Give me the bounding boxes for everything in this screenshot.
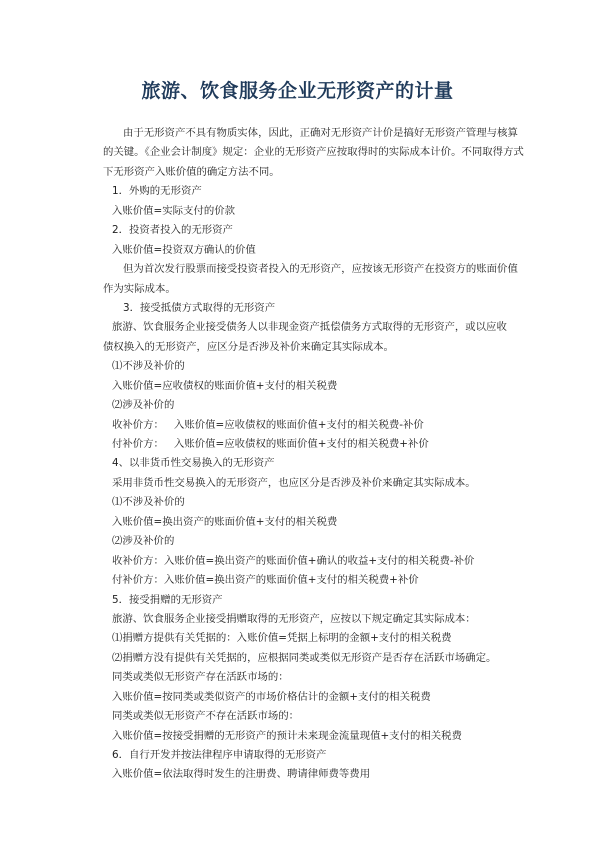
line-text: 入账价值=应收债权的账面价值+支付的相关税费-补价 bbox=[174, 419, 424, 431]
text-line: 6．自行开发并按法律程序申请取得的无形资产 bbox=[103, 746, 495, 765]
text-line: 同类或类似无形资产不存在活跃市场的： bbox=[103, 707, 495, 726]
text-line: 付补价方：入账价值=换出资产的账面价值+支付的相关税费+补价 bbox=[103, 571, 495, 590]
text-line: ⑵涉及补价的 bbox=[103, 396, 495, 415]
text-line: 2．投资者投入的无形资产 bbox=[103, 221, 495, 240]
text-line: 收补价方：入账价值=换出资产的账面价值+确认的收益+支付的相关税费-补价 bbox=[103, 552, 495, 571]
text-line: ⑵捐赠方没有提供有关凭据的，应根据同类或类似无形资产是否存在活跃市场确定。 bbox=[103, 649, 495, 668]
text-line: 5．接受捐赠的无形资产 bbox=[103, 591, 495, 610]
text-line: 下无形资产入账价值的确定方法不同。 bbox=[103, 163, 495, 182]
text-line: ⑴不涉及补价的 bbox=[103, 357, 495, 376]
text-line: 债权换入的无形资产，应区分是否涉及补价来确定其实际成本。 bbox=[103, 338, 495, 357]
text-line: 但为首次发行股票而接受投资者投入的无形资产，应按该无形资产在投资方的账面价值 bbox=[103, 260, 495, 279]
text-line: 作为实际成本。 bbox=[103, 280, 495, 299]
document-page: 旅游、饮食服务企业无形资产的计量 由于无形资产不具有物质实体，因此，正确对无形资… bbox=[0, 0, 595, 842]
text-line: ⑴捐赠方提供有关凭据的：入账价值=凭据上标明的金额+支付的相关税费 bbox=[103, 629, 495, 648]
text-line: 入账价值=换出资产的账面价值+支付的相关税费 bbox=[103, 513, 495, 532]
text-line: 入账价值=按同类或类似资产的市场价格估计的金额+支付的相关税费 bbox=[103, 688, 495, 707]
text-line: 入账价值=依法取得时发生的注册费、聘请律师费等费用 bbox=[103, 765, 495, 784]
text-line: 1．外购的无形资产 bbox=[103, 182, 495, 201]
text-line: 旅游、饮食服务企业接受债务人以非现金资产抵偿债务方式取得的无形资产，或以应收 bbox=[103, 318, 495, 337]
text-line: 旅游、饮食服务企业接受捐赠取得的无形资产，应按以下规定确定其实际成本： bbox=[103, 610, 495, 629]
line-text: 入账价值=应收债权的账面价值+支付的相关税费+补价 bbox=[174, 438, 429, 450]
text-line: 付补价方：入账价值=应收债权的账面价值+支付的相关税费+补价 bbox=[103, 435, 495, 454]
text-line: 入账价值=按接受捐赠的无形资产的预计未来现金流量现值+支付的相关税费 bbox=[103, 727, 495, 746]
text-line: 入账价值=应收债权的账面价值+支付的相关税费 bbox=[103, 377, 495, 396]
text-line: 采用非货币性交易换入的无形资产，也应区分是否涉及补价来确定其实际成本。 bbox=[103, 474, 495, 493]
text-line: 由于无形资产不具有物质实体，因此，正确对无形资产计价是搞好无形资产管理与核算 bbox=[103, 124, 495, 143]
text-line: ⑵涉及补价的 bbox=[103, 532, 495, 551]
text-line: 同类或类似无形资产存在活跃市场的： bbox=[103, 668, 495, 687]
document-body: 由于无形资产不具有物质实体，因此，正确对无形资产计价是搞好无形资产管理与核算的关… bbox=[103, 124, 495, 785]
text-line: 的关键。《企业会计制度》规定：企业的无形资产应按取得时的实际成本计价。不同取得方… bbox=[103, 143, 495, 162]
text-line: 入账价值=投资双方确认的价值 bbox=[103, 241, 495, 260]
text-line: ⑴不涉及补价的 bbox=[103, 493, 495, 512]
text-line: 3．接受抵债方式取得的无形资产 bbox=[103, 299, 495, 318]
line-label: 收补价方： bbox=[112, 416, 174, 435]
line-label: 付补价方： bbox=[112, 435, 174, 454]
document-title: 旅游、饮食服务企业无形资产的计量 bbox=[0, 76, 595, 103]
text-line: 4、以非货币性交易换入的无形资产 bbox=[103, 454, 495, 473]
text-line: 入账价值=实际支付的价款 bbox=[103, 202, 495, 221]
text-line: 收补价方：入账价值=应收债权的账面价值+支付的相关税费-补价 bbox=[103, 416, 495, 435]
